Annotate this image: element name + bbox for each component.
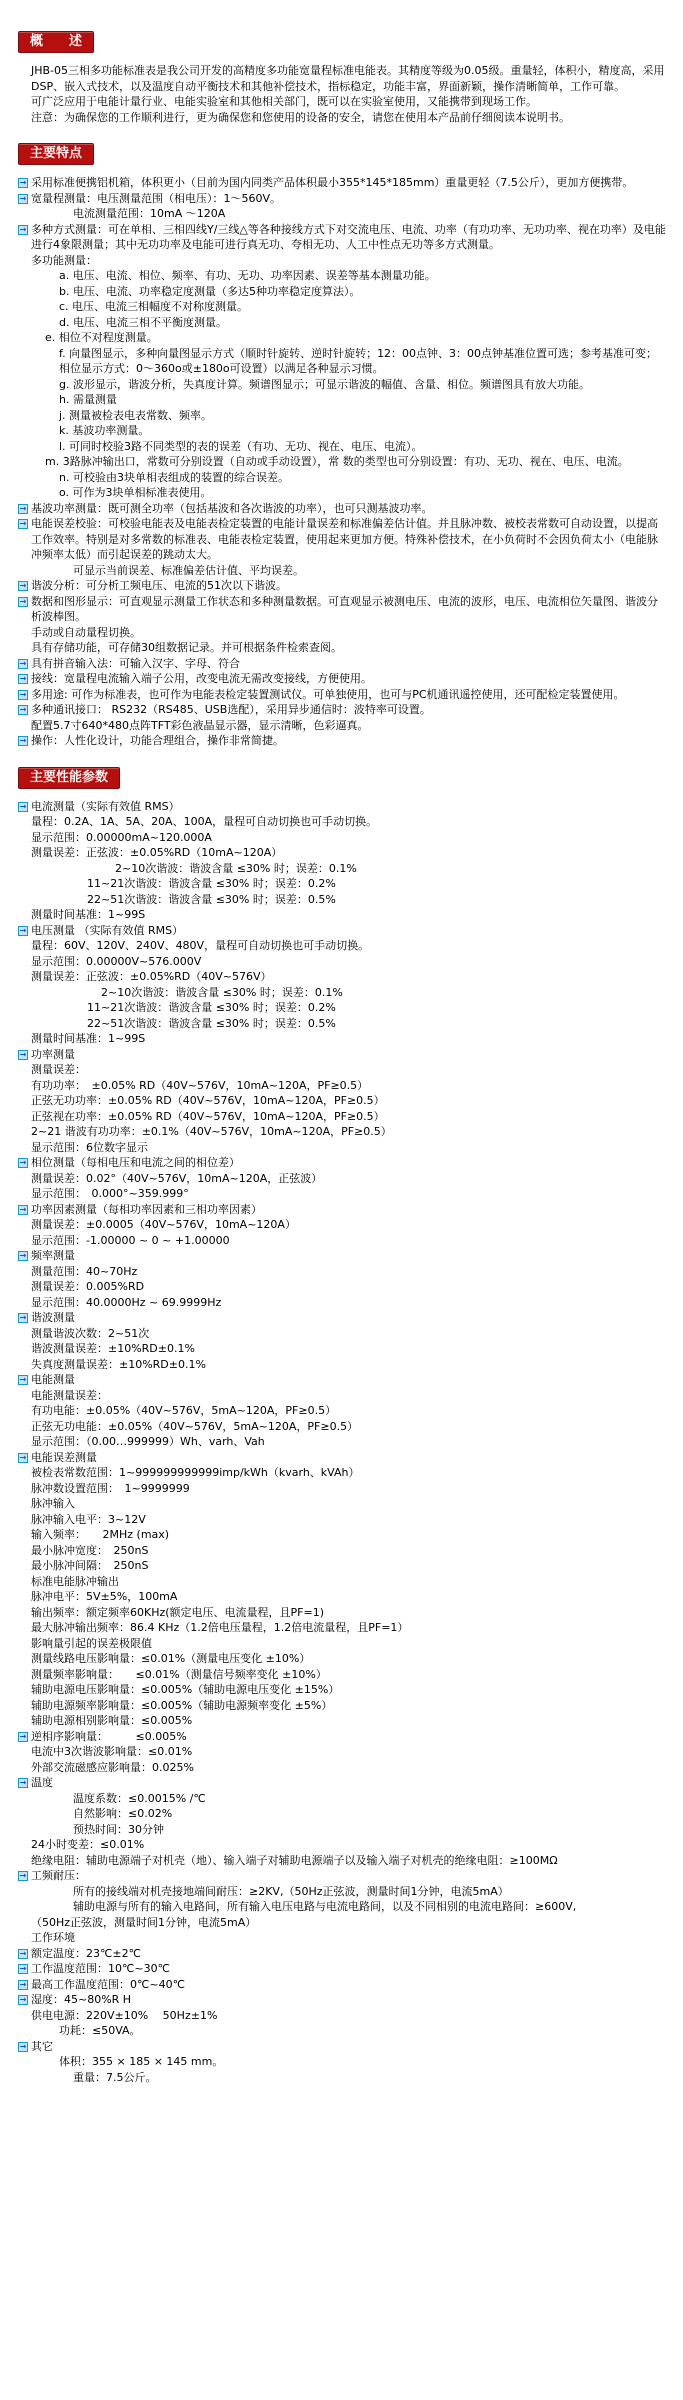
document-body: 概 述JHB-05三相多功能标准表是我公司开发的高精度多功能宽量程标准电能表。其… (0, 0, 683, 2145)
text-line: 显示范围：0.00000mA~120.000A (18, 830, 667, 846)
text-line: l. 可同时校验3路不同类型的表的误差（有功、无功、视在、电压、电流）。 (18, 439, 667, 455)
line-text: 有功功率： ±0.05% RD（40V~576V，10mA~120A，PF≥0.… (31, 1078, 368, 1094)
arrow-right-icon: → (18, 690, 28, 700)
text-line: 最小脉冲间隔： 250nS (18, 1558, 667, 1574)
line-text: 频率测量 (31, 1248, 75, 1264)
line-text: l. 可同时校验3路不同类型的表的误差（有功、无功、视在、电压、电流）。 (59, 439, 423, 455)
text-line: 多功能测量： (18, 253, 667, 269)
text-line: 正弦无功功率：±0.05% RD（40V~576V，10mA~120A，PF≥0… (18, 1093, 667, 1109)
arrow-right-icon: → (18, 802, 28, 812)
arrow-right-icon: → (18, 1251, 28, 1261)
line-text: 谐波测量误差：±10%RD±0.1% (31, 1341, 195, 1357)
line-text: 电压测量 （实际有效值 RMS） (31, 923, 183, 939)
line-text: 11~21次谐波：谐波含量 ≤30% 时；误差：0.2% (87, 1000, 336, 1016)
line-text: 相位测量（每相电压和电流之间的相位差） (31, 1155, 240, 1171)
line-text: 工作温度范围：10℃~30℃ (31, 1961, 170, 1977)
indent-spacer (18, 907, 31, 908)
text-line: 最大脉冲输出频率：86.4 KHz（1.2倍电压量程，1.2倍电流量程，且PF=… (18, 1620, 667, 1636)
indent-spacer (18, 1295, 31, 1296)
indent-spacer (18, 1574, 31, 1575)
line-text: 工作环境 (31, 1930, 75, 1946)
indent-spacer (46, 2023, 59, 2024)
line-text: 体积：355 × 185 × 145 mm。 (59, 2054, 223, 2070)
text-line: a. 电压、电流、相位、频率、有功、无功、功率因素、误差等基本测量功能。 (18, 268, 667, 284)
line-text: b. 电压、电流、功率稳定度测量（多达5种功率稳定度算法）。 (59, 284, 360, 300)
line-text: 采用标准便携铝机箱，体积更小（目前为国内同类产品体积最小355*145*185m… (31, 175, 633, 191)
line-text: 测量误差： (31, 1062, 86, 1078)
text-line: 11~21次谐波：谐波含量 ≤30% 时；误差：0.2% (18, 1000, 667, 1016)
line-text: 手动或自动量程切换。 (31, 625, 141, 641)
indent-spacer (18, 1651, 31, 1652)
text-line: 重量：7.5公斤。 (18, 2070, 667, 2086)
indent-spacer (18, 1682, 31, 1683)
line-text: 正弦视在功率：±0.05% RD（40V~576V，10mA~120A，PF≥0… (31, 1109, 385, 1125)
indent-spacer (18, 1558, 31, 1559)
indent-spacer (74, 876, 87, 877)
bullet-line: →电能测量 (18, 1372, 667, 1388)
line-text: h. 需量测量 (59, 392, 117, 408)
line-text: 功率测量 (31, 1047, 75, 1063)
indent-spacer (18, 1326, 31, 1327)
text-line: 具有存储功能，可存储30组数据记录。并可根据条件检索查阅。 (18, 640, 667, 656)
indent-spacer (46, 346, 59, 347)
indent-spacer (18, 1341, 31, 1342)
text-line: 影响量引起的误差极限值 (18, 1636, 667, 1652)
line-text: 显示范围：0.00000V~576.000V (31, 954, 201, 970)
text-line: 输入频率： 2MHz (max) (18, 1527, 667, 1543)
line-text: 辅助电源频率影响量：≤0.005%（辅助电源频率变化 ±5%） (31, 1698, 332, 1714)
line-text: 测量时间基准：1~99S (31, 907, 145, 923)
text-line: 量程：0.2A、1A、5A、20A、100A，量程可自动切换也可手动切换。 (18, 814, 667, 830)
text-line: 量程：60V、120V、240V、480V，量程可自动切换也可手动切换。 (18, 938, 667, 954)
indent-spacer (46, 315, 59, 316)
line-text: 最大脉冲输出频率：86.4 KHz（1.2倍电压量程，1.2倍电流量程，且PF=… (31, 1620, 408, 1636)
line-text: 功耗：≤50VA。 (59, 2023, 141, 2039)
indent-spacer (46, 284, 59, 285)
text-line: 22~51次谐波：谐波含量 ≤30% 时；误差：0.5% (18, 892, 667, 908)
line-text: 2~10次谐波：谐波含量 ≤30% 时；误差：0.1% (101, 985, 343, 1001)
text-line: JHB-05三相多功能标准表是我公司开发的高精度多功能宽量程标准电能表。其精度等… (18, 63, 667, 94)
bullet-line: →操作：人性化设计，功能合理组合，操作非常简捷。 (18, 733, 667, 749)
line-text: 工频耐压： (31, 1868, 86, 1884)
text-line: 2~21 谐波有功功率：±0.1%（40V~576V，10mA~120A，PF≥… (18, 1124, 667, 1140)
line-text: 多用途: 可作为标准表，也可作为电能表检定装置测试仪。可单独使用，也可与PC机通… (31, 687, 625, 703)
line-text: 11~21次谐波：谐波含量 ≤30% 时；误差：0.2% (87, 876, 336, 892)
line-text: JHB-05三相多功能标准表是我公司开发的高精度多功能宽量程标准电能表。其精度等… (31, 63, 667, 94)
bullet-line: →具有拼音输入法：可输入汉字、字母、符合 (18, 656, 667, 672)
indent-spacer (18, 1698, 31, 1699)
text-line: 测量谐波次数：2~51次 (18, 1326, 667, 1342)
indent-spacer (74, 1016, 87, 1017)
indent-spacer (18, 1217, 31, 1218)
arrow-right-icon: → (18, 194, 28, 204)
line-text: 多种方式测量：可在单相、三相四线Y/三线△等各种接线方式下对交流电压、电流、功率… (31, 222, 667, 253)
line-text: 功率因素测量（每相功率因素和三相功率因素） (31, 1202, 262, 1218)
line-text: 测量误差：正弦波：±0.05%RD（40V~576V） (31, 969, 272, 985)
line-text: 绝缘电阻：辅助电源端子对机壳（地）、输入端子对辅助电源端子以及输入端子对机壳的绝… (31, 1853, 558, 1869)
line-text: 谐波测量 (31, 1310, 75, 1326)
text-line: 被检表常数范围：1~999999999999imp/kWh（kvarh、kVAh… (18, 1465, 667, 1481)
bullet-line: →多种方式测量：可在单相、三相四线Y/三线△等各种接线方式下对交流电压、电流、功… (18, 222, 667, 253)
arrow-right-icon: → (18, 597, 28, 607)
indent-spacer (18, 1434, 31, 1435)
arrow-right-icon: → (18, 1375, 28, 1385)
indent-spacer (60, 2070, 73, 2071)
arrow-right-icon: → (18, 1871, 28, 1881)
text-line: 注意：为确保您的工作顺利进行，更为确保您和您使用的设备的安全，请您在使用本产品前… (18, 110, 667, 126)
indent-spacer (88, 985, 101, 986)
line-text: 失真度测量误差：±10%RD±0.1% (31, 1357, 206, 1373)
indent-spacer (18, 1713, 31, 1714)
bullet-line: →工频耐压： (18, 1868, 667, 1884)
text-line: 供电电源：220V±10% 50Hz±1% (18, 2008, 667, 2024)
bullet-line: →数据和图形显示：可直观显示测量工作状态和多种测量数据。可直观显示被测电压、电流… (18, 594, 667, 625)
bullet-line: →基波功率测量：既可测全功率（包括基波和各次谐波的功率），也可只测基波功率。 (18, 501, 667, 517)
indent-spacer (46, 485, 59, 486)
line-text: 湿度：45~80%R H (31, 1992, 131, 2008)
text-line: 有功功率： ±0.05% RD（40V~576V，10mA~120A，PF≥0.… (18, 1078, 667, 1094)
text-line: o. 可作为3块单相标准表使用。 (18, 485, 667, 501)
indent-spacer (18, 1124, 31, 1125)
indent-spacer (60, 563, 73, 564)
indent-spacer (18, 2008, 31, 2009)
indent-spacer (46, 377, 59, 378)
bullet-line: →多种通讯接口： RS232（RS485、USB选配），采用异步通信时：波特率可… (18, 702, 667, 718)
text-line: 11~21次谐波：谐波含量 ≤30% 时；误差：0.2% (18, 876, 667, 892)
line-text: 配置5.7寸640*480点阵TFT彩色液晶显示器，显示清晰，色彩逼真。 (31, 718, 369, 734)
line-text: 电流测量（实际有效值 RMS） (31, 799, 180, 815)
indent-spacer (60, 1822, 73, 1823)
line-text: 最高工作温度范围：0℃~40℃ (31, 1977, 185, 1993)
text-line: 测量误差：正弦波：±0.05%RD（40V~576V） (18, 969, 667, 985)
line-text: 操作：人性化设计，功能合理组合，操作非常简捷。 (31, 733, 284, 749)
text-line: 预热时间：30分钟 (18, 1822, 667, 1838)
line-text: 外部交流磁感应影响量：0.025% (31, 1760, 194, 1776)
text-line: 可广泛应用于电能计量行业、电能实验室和其他相关部门，既可以在实验室使用，又能携带… (18, 94, 667, 110)
text-line: 2~10次谐波：谐波含量 ≤30% 时；误差：0.1% (18, 985, 667, 1001)
text-line: 显示范围：（0.00…999999）Wh、varh、Vah (18, 1434, 667, 1450)
indent-spacer (18, 814, 31, 815)
line-text: 电流中3次谐波影响量：≤0.01% (31, 1744, 192, 1760)
text-line: 测量线路电压影响量：≤0.01%（测量电压变化 ±10%） (18, 1651, 667, 1667)
indent-spacer (18, 1403, 31, 1404)
indent-spacer (46, 408, 59, 409)
indent-spacer (46, 299, 59, 300)
text-line: 辅助电源电压影响量：≤0.005%（辅助电源电压变化 ±15%） (18, 1682, 667, 1698)
indent-spacer (74, 1000, 87, 1001)
bullet-line: →频率测量 (18, 1248, 667, 1264)
text-line: （50Hz正弦波，测量时间1分钟，电流5mA） (18, 1915, 667, 1931)
indent-spacer (18, 1140, 31, 1141)
indent-spacer (18, 1465, 31, 1466)
line-text: 脉冲输入 (31, 1496, 75, 1512)
indent-spacer (60, 1806, 73, 1807)
indent-spacer (18, 1620, 31, 1621)
text-line: 谐波测量误差：±10%RD±0.1% (18, 1341, 667, 1357)
arrow-right-icon: → (18, 674, 28, 684)
indent-spacer (18, 1186, 31, 1187)
text-line: 温度系数：≤0.0015% /℃ (18, 1791, 667, 1807)
line-text: 22~51次谐波：谐波含量 ≤30% 时；误差：0.5% (87, 1016, 336, 1032)
line-text: n. 可校验由3块单相表组成的装置的综合误差。 (59, 470, 289, 486)
line-text: 电能测量误差： (31, 1388, 108, 1404)
text-line: 2~10次谐波：谐波含量 ≤30% 时；误差：0.1% (18, 861, 667, 877)
line-text: 2~21 谐波有功功率：±0.1%（40V~576V，10mA~120A，PF≥… (31, 1124, 392, 1140)
line-text: 测量线路电压影响量：≤0.01%（测量电压变化 ±10%） (31, 1651, 310, 1667)
text-line: 测量时间基准：1~99S (18, 1031, 667, 1047)
text-line: b. 电压、电流、功率稳定度测量（多达5种功率稳定度算法）。 (18, 284, 667, 300)
line-text: 影响量引起的误差极限值 (31, 1636, 152, 1652)
text-line: k. 基波功率测量。 (18, 423, 667, 439)
text-line: j. 测量被检表电表常数、频率。 (18, 408, 667, 424)
arrow-right-icon: → (18, 2042, 28, 2052)
arrow-right-icon: → (18, 178, 28, 188)
text-line: 所有的接线端对机壳接地端间耐压：≥2KV,（50Hz正弦波，测量时间1分钟，电流… (18, 1884, 667, 1900)
text-line: 标准电能脉冲输出 (18, 1574, 667, 1590)
line-text: 量程：0.2A、1A、5A、20A、100A，量程可自动切换也可手动切换。 (31, 814, 377, 830)
indent-spacer (18, 845, 31, 846)
text-line: 正弦视在功率：±0.05% RD（40V~576V，10mA~120A，PF≥0… (18, 1109, 667, 1125)
line-text: 有功电能：±0.05%（40V~576V，5mA~120A，PF≥0.5） (31, 1403, 336, 1419)
text-line: 显示范围：40.0000Hz ~ 69.9999Hz (18, 1295, 667, 1311)
text-line: 测量频率影响量： ≤0.01%（测量信号频率变化 ±10%） (18, 1667, 667, 1683)
arrow-right-icon: → (18, 519, 28, 529)
indent-spacer (18, 830, 31, 831)
bullet-line: →功率因素测量（每相功率因素和三相功率因素） (18, 1202, 667, 1218)
spec-document-page: { "colors": { "page_bg": "#ffffff", "hea… (0, 0, 683, 2400)
line-text: f. 向量图显示，多种向量图显示方式（顺时针旋转、逆时针旋转；12：00点钟、3… (59, 346, 667, 377)
text-line: 脉冲电平：5V±5%，100mA (18, 1589, 667, 1605)
line-text: 正弦无功功率：±0.05% RD（40V~576V，10mA~120A，PF≥0… (31, 1093, 385, 1109)
bullet-line: →相位测量（每相电压和电流之间的相位差） (18, 1155, 667, 1171)
indent-spacer (74, 892, 87, 893)
line-text: 显示范围： 0.000°~359.999° (31, 1186, 189, 1202)
line-text: a. 电压、电流、相位、频率、有功、无功、功率因素、误差等基本测量功能。 (59, 268, 436, 284)
line-text: k. 基波功率测量。 (59, 423, 149, 439)
line-text: c. 电压、电流三相幅度不对称度测量。 (59, 299, 248, 315)
section-title-specs: 主要性能参数 (18, 767, 120, 789)
text-line: 失真度测量误差：±10%RD±0.1% (18, 1357, 667, 1373)
text-line: 显示范围：-1.00000 ~ 0 ~ +1.00000 (18, 1233, 667, 1249)
indent-spacer (32, 454, 45, 455)
line-text: 被检表常数范围：1~999999999999imp/kWh（kvarh、kVAh… (31, 1465, 360, 1481)
indent-spacer (18, 1760, 31, 1761)
indent-spacer (60, 1884, 73, 1885)
bullet-line: →其它 (18, 2039, 667, 2055)
bullet-line: →电能误差测量 (18, 1450, 667, 1466)
indent-spacer (46, 470, 59, 471)
indent-spacer (18, 1419, 31, 1420)
indent-spacer (18, 1512, 31, 1513)
line-text: 可广泛应用于电能计量行业、电能实验室和其他相关部门，既可以在实验室使用，又能携带… (31, 94, 537, 110)
line-text: 多功能测量： (31, 253, 97, 269)
text-line: 输出频率：额定频率60KHz(额定电压、电流量程，且PF=1) (18, 1605, 667, 1621)
arrow-right-icon: → (18, 736, 28, 746)
line-text: 最小脉冲间隔： 250nS (31, 1558, 148, 1574)
text-line: 外部交流磁感应影响量：0.025% (18, 1760, 667, 1776)
indent-spacer (18, 1078, 31, 1079)
indent-spacer (18, 110, 31, 111)
indent-spacer (18, 1062, 31, 1063)
line-text: 逆相序影响量： ≤0.005% (31, 1729, 187, 1745)
line-text: 其它 (31, 2039, 53, 2055)
indent-spacer (102, 861, 115, 862)
indent-spacer (18, 938, 31, 939)
bullet-line: →逆相序影响量： ≤0.005% (18, 1729, 667, 1745)
arrow-right-icon: → (18, 1964, 28, 1974)
text-line: 测量误差： (18, 1062, 667, 1078)
text-line: 测量误差：±0.0005（40V~576V，10mA~120A） (18, 1217, 667, 1233)
line-text: 测量误差：±0.0005（40V~576V，10mA~120A） (31, 1217, 296, 1233)
line-text: 显示范围：-1.00000 ~ 0 ~ +1.00000 (31, 1233, 230, 1249)
line-text: 重量：7.5公斤。 (73, 2070, 157, 2086)
indent-spacer (18, 1264, 31, 1265)
text-line: 配置5.7寸640*480点阵TFT彩色液晶显示器，显示清晰，色彩逼真。 (18, 718, 667, 734)
line-text: 多种通讯接口： RS232（RS485、USB选配），采用异步通信时：波特率可设… (31, 702, 431, 718)
indent-spacer (18, 1093, 31, 1094)
bullet-line: →采用标准便携铝机箱，体积更小（目前为国内同类产品体积最小355*145*185… (18, 175, 667, 191)
bullet-line: →功率测量 (18, 1047, 667, 1063)
line-text: 谐波分析：可分析工频电压、电流的51次以下谐波。 (31, 578, 287, 594)
text-line: 测量误差：0.005%RD (18, 1279, 667, 1295)
indent-spacer (18, 954, 31, 955)
indent-spacer (18, 1930, 31, 1931)
text-line: 体积：355 × 185 × 145 mm。 (18, 2054, 667, 2070)
indent-spacer (18, 1589, 31, 1590)
indent-spacer (18, 94, 31, 95)
line-text: 输出频率：额定频率60KHz(额定电压、电流量程，且PF=1) (31, 1605, 324, 1621)
line-text: 辅助电源相别影响量：≤0.005% (31, 1713, 192, 1729)
bullet-line: →多用途: 可作为标准表，也可作为电能表检定装置测试仪。可单独使用，也可与PC机… (18, 687, 667, 703)
line-text: e. 相位不对程度测量。 (45, 330, 158, 346)
line-text: o. 可作为3块单相标准表使用。 (59, 485, 212, 501)
line-text: j. 测量被检表电表常数、频率。 (59, 408, 212, 424)
line-text: 宽量程测量：电压测量范围（相电压）：1～560V。 (31, 191, 281, 207)
line-text: 测量误差：正弦波：±0.05%RD（10mA~120A） (31, 845, 282, 861)
line-text: 可显示当前误差、标准偏差估计值、平均误差。 (73, 563, 304, 579)
line-text: 温度系数：≤0.0015% /℃ (73, 1791, 206, 1807)
text-line: 手动或自动量程切换。 (18, 625, 667, 641)
text-line: 脉冲数设置范围： 1~9999999 (18, 1481, 667, 1497)
text-line: 电能测量误差： (18, 1388, 667, 1404)
bullet-line: →电流测量（实际有效值 RMS） (18, 799, 667, 815)
indent-spacer (60, 1791, 73, 1792)
line-text: 辅助电源与所有的输入电路间，所有输入电压电路与电流电路间，以及不同相别的电流电路… (73, 1899, 576, 1915)
indent-spacer (18, 1357, 31, 1358)
bullet-line: →工作温度范围：10℃~30℃ (18, 1961, 667, 1977)
bullet-line: →谐波分析：可分析工频电压、电流的51次以下谐波。 (18, 578, 667, 594)
text-line: m. 3路脉冲输出口，常数可分别设置（自动或手动设置），常 数的类型也可分别设置… (18, 454, 667, 470)
line-text: 脉冲电平：5V±5%，100mA (31, 1589, 177, 1605)
line-text: 测量时间基准：1~99S (31, 1031, 145, 1047)
bullet-line: →谐波测量 (18, 1310, 667, 1326)
section-title-features: 主要特点 (18, 143, 94, 165)
arrow-right-icon: → (18, 1949, 28, 1959)
indent-spacer (18, 253, 31, 254)
bullet-line: →湿度：45~80%R H (18, 1992, 667, 2008)
line-text: 测量误差：0.02°（40V~576V，10mA~120A，正弦波） (31, 1171, 322, 1187)
arrow-right-icon: → (18, 705, 28, 715)
indent-spacer (46, 2054, 59, 2055)
line-text: 24小时变差：≤0.01% (31, 1837, 144, 1853)
arrow-right-icon: → (18, 581, 28, 591)
text-line: 脉冲输入电平：3~12V (18, 1512, 667, 1528)
line-text: 电流测量范围：10mA ～120A (73, 206, 225, 222)
indent-spacer (46, 392, 59, 393)
line-text: 最小脉冲宽度： 250nS (31, 1543, 148, 1559)
text-line: 24小时变差：≤0.01% (18, 1837, 667, 1853)
bullet-line: →最高工作温度范围：0℃~40℃ (18, 1977, 667, 1993)
indent-spacer (18, 1527, 31, 1528)
line-text: 辅助电源电压影响量：≤0.005%（辅助电源电压变化 ±15%） (31, 1682, 339, 1698)
text-line: 脉冲输入 (18, 1496, 667, 1512)
text-line: 最小脉冲宽度： 250nS (18, 1543, 667, 1559)
line-text: 显示范围：（0.00…999999）Wh、varh、Vah (31, 1434, 265, 1450)
indent-spacer (18, 63, 31, 64)
text-line: 电流中3次谐波影响量：≤0.01% (18, 1744, 667, 1760)
line-text: 量程：60V、120V、240V、480V，量程可自动切换也可手动切换。 (31, 938, 369, 954)
indent-spacer (18, 1481, 31, 1482)
indent-spacer (18, 1388, 31, 1389)
arrow-right-icon: → (18, 504, 28, 514)
text-line: d. 电压、电流三相不平衡度测量。 (18, 315, 667, 331)
indent-spacer (60, 206, 73, 207)
arrow-right-icon: → (18, 1313, 28, 1323)
bullet-line: →接线：宽量程电流输入端子公用，改变电流无需改变接线，方便使用。 (18, 671, 667, 687)
indent-spacer (18, 1233, 31, 1234)
line-text: 显示范围：6位数字显示 (31, 1140, 148, 1156)
indent-spacer (18, 1496, 31, 1497)
indent-spacer (18, 625, 31, 626)
indent-spacer (18, 1543, 31, 1544)
arrow-right-icon: → (18, 1732, 28, 1742)
indent-spacer (18, 1109, 31, 1110)
indent-spacer (18, 1667, 31, 1668)
text-line: f. 向量图显示，多种向量图显示方式（顺时针旋转、逆时针旋转；12：00点钟、3… (18, 346, 667, 377)
line-text: 脉冲数设置范围： 1~9999999 (31, 1481, 190, 1497)
section-body-specs: →电流测量（实际有效值 RMS）量程：0.2A、1A、5A、20A、100A，量… (18, 799, 667, 2086)
line-text: 测量误差：0.005%RD (31, 1279, 144, 1295)
line-text: 测量频率影响量： ≤0.01%（测量信号频率变化 ±10%） (31, 1667, 327, 1683)
text-line: h. 需量测量 (18, 392, 667, 408)
arrow-right-icon: → (18, 1778, 28, 1788)
section-body-overview: JHB-05三相多功能标准表是我公司开发的高精度多功能宽量程标准电能表。其精度等… (18, 63, 667, 125)
indent-spacer (18, 1915, 31, 1916)
text-line: e. 相位不对程度测量。 (18, 330, 667, 346)
indent-spacer (60, 1899, 73, 1900)
indent-spacer (18, 1744, 31, 1745)
indent-spacer (18, 718, 31, 719)
text-line: 显示范围：0.00000V~576.000V (18, 954, 667, 970)
indent-spacer (18, 1636, 31, 1637)
indent-spacer (18, 1853, 31, 1854)
indent-spacer (46, 268, 59, 269)
indent-spacer (18, 1279, 31, 1280)
bullet-line: →温度 (18, 1775, 667, 1791)
line-text: 正弦无功电能：±0.05%（40V~576V，5mA~120A，PF≥0.5） (31, 1419, 358, 1435)
text-line: 测量误差：0.02°（40V~576V，10mA~120A，正弦波） (18, 1171, 667, 1187)
indent-spacer (18, 640, 31, 641)
line-text: 接线：宽量程电流输入端子公用，改变电流无需改变接线，方便使用。 (31, 671, 372, 687)
bullet-line: →电压测量 （实际有效值 RMS） (18, 923, 667, 939)
text-line: 辅助电源相别影响量：≤0.005% (18, 1713, 667, 1729)
line-text: 电能误差校验：可校验电能表及电能表检定装置的电能计量误差和标准偏差估计值。并且脉… (31, 516, 667, 563)
text-line: 测量范围：40~70Hz (18, 1264, 667, 1280)
arrow-right-icon: → (18, 1995, 28, 2005)
text-line: 绝缘电阻：辅助电源端子对机壳（地）、输入端子对辅助电源端子以及输入端子对机壳的绝… (18, 1853, 667, 1869)
line-text: 显示范围：0.00000mA~120.000A (31, 830, 212, 846)
line-text: 测量范围：40~70Hz (31, 1264, 137, 1280)
